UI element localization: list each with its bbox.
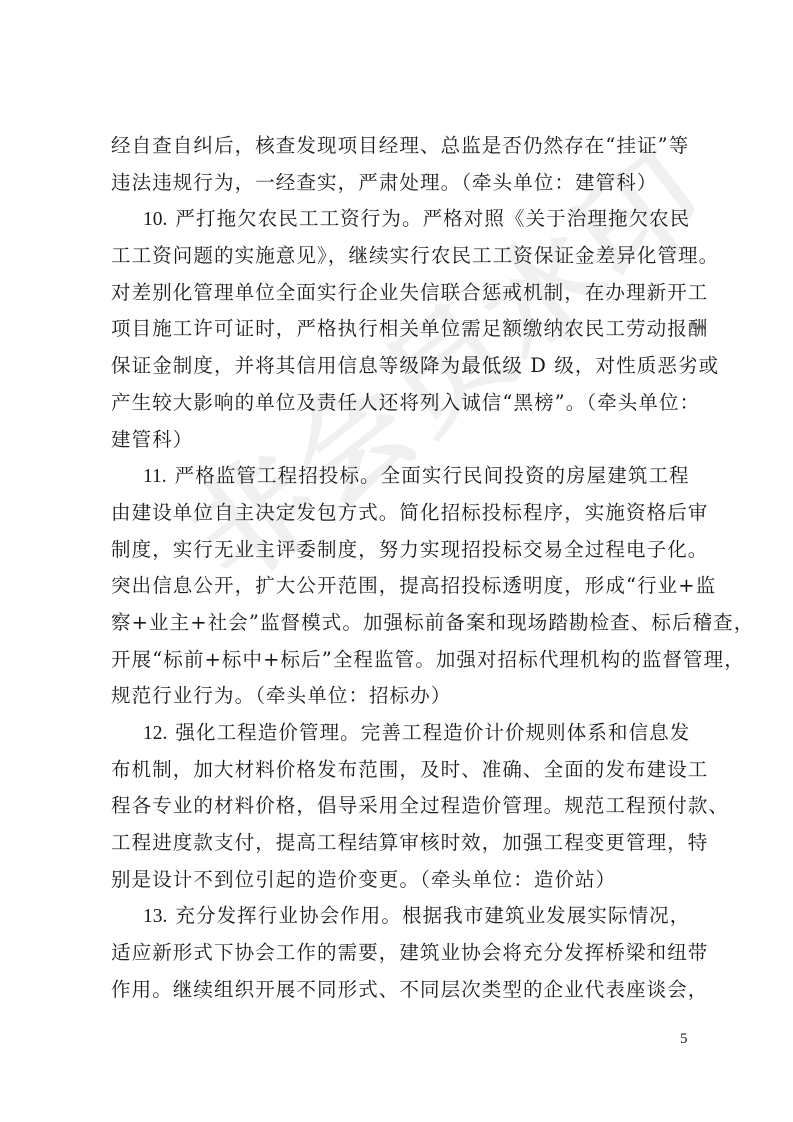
paragraph-start-12: 12.强化工程造价管理。完善工程造价计价规则体系和信息发 <box>103 715 693 752</box>
line-text: 程各专业的材料价格，倡导采用全过程造价管理。规范工程预付款、 <box>111 794 729 817</box>
document-page: 非会员水印 经自查自纠后，核查发现项目经理、总监是否仍然存在“挂证”等 违法违规… <box>0 0 793 1122</box>
text-line: 开展“标前+标中+标后”全程监管。加强对招标代理机构的监督管理， <box>103 642 693 679</box>
text-line: 突出信息公开，扩大公开范围，提高招投标透明度，形成“行业+监 <box>103 568 693 605</box>
text-line: 违法违规行为，一经查实，严肃处理。（牵头单位：建管科） <box>103 165 693 202</box>
text-line: 工程进度款支付，提高工程结算审核时效，加强工程变更管理，特 <box>103 825 693 862</box>
text-line: 制度，实行无业主评委制度，努力实现招投标交易全过程电子化。 <box>103 532 693 569</box>
line-text: 强化工程造价管理。完善工程造价计价规则体系和信息发 <box>175 721 690 744</box>
document-body: 经自查自纠后，核查发现项目经理、总监是否仍然存在“挂证”等 违法违规行为，一经查… <box>103 128 693 1009</box>
text-line: 适应新形式下协会工作的需要，建筑业协会将充分发挥桥梁和纽带 <box>103 935 693 972</box>
text-line: 程各专业的材料价格，倡导采用全过程造价管理。规范工程预付款、 <box>103 788 693 825</box>
text-line: 保证金制度，并将其信用信息等级降为最低级 D 级，对性质恶劣或 <box>103 348 693 385</box>
line-text: 建管科） <box>111 428 193 451</box>
line-text: 工工资问题的实施意见》，继续实行农民工工资保证金差异化管理。 <box>111 244 719 267</box>
text-line: 经自查自纠后，核查发现项目经理、总监是否仍然存在“挂证”等 <box>103 128 693 165</box>
text-line: 产生较大影响的单位及责任人还将列入诚信“黑榜”。（牵头单位： <box>103 385 693 422</box>
line-text: 别是设计不到位引起的造价变更。（牵头单位：造价站） <box>111 868 616 891</box>
line-text: 开展“标前+标中+标后”全程监管。加强对招标代理机构的监督管理， <box>111 648 745 671</box>
paragraph-start-10: 10.严打拖欠农民工工资行为。严格对照《关于治理拖欠农民 <box>103 201 693 238</box>
line-text: 严格监管工程招投标。全面实行民间投资的房屋建筑工程 <box>175 464 690 487</box>
line-text: 制度，实行无业主评委制度，努力实现招投标交易全过程电子化。 <box>111 538 708 561</box>
page-number: 5 <box>680 1031 688 1048</box>
line-text: 作用。继续组织开展不同形式、不同层次类型的企业代表座谈会， <box>111 978 708 1001</box>
text-line: 规范行业行为。（牵头单位：招标办） <box>103 678 693 715</box>
text-line: 别是设计不到位引起的造价变更。（牵头单位：造价站） <box>103 862 693 899</box>
item-number: 12. <box>143 723 167 744</box>
line-text: 违法违规行为，一经查实，严肃处理。（牵头单位：建管科） <box>111 171 657 194</box>
item-number: 13. <box>143 906 167 927</box>
text-line: 工工资问题的实施意见》，继续实行农民工工资保证金差异化管理。 <box>103 238 693 275</box>
line-text: 经自查自纠后，核查发现项目经理、总监是否仍然存在“挂证”等 <box>111 134 689 157</box>
line-text: 保证金制度，并将其信用信息等级降为最低级 D 级，对性质恶劣或 <box>111 354 719 377</box>
line-text: 规范行业行为。（牵头单位：招标办） <box>111 684 451 707</box>
text-line: 对差别化管理单位全面实行企业失信联合惩戒机制，在办理新开工 <box>103 275 693 312</box>
line-text: 产生较大影响的单位及责任人还将列入诚信“黑榜”。（牵头单位： <box>111 391 700 414</box>
line-text: 突出信息公开，扩大公开范围，提高招投标透明度，形成“行业+监 <box>111 574 716 597</box>
line-text: 布机制，加大材料价格发布范围，及时、准确、全面的发布建设工 <box>111 758 708 781</box>
line-text: 由建设单位自主决定发包方式。简化招标投标程序，实施资格后审 <box>111 501 708 524</box>
text-line: 项目施工许可证时，严格执行相关单位需足额缴纳农民工劳动报酬 <box>103 311 693 348</box>
line-text: 项目施工许可证时，严格执行相关单位需足额缴纳农民工劳动报酬 <box>111 317 708 340</box>
text-line: 建管科） <box>103 422 693 459</box>
paragraph-start-13: 13.充分发挥行业协会作用。根据我市建筑业发展实际情况， <box>103 898 693 935</box>
line-text: 适应新形式下协会工作的需要，建筑业协会将充分发挥桥梁和纽带 <box>111 941 708 964</box>
line-text: 察+业主+社会”监督模式。加强标前备案和现场踏勘检查、标后稽查， <box>111 611 754 634</box>
line-text: 对差别化管理单位全面实行企业失信联合惩戒机制，在办理新开工 <box>111 281 708 304</box>
line-text: 严打拖欠农民工工资行为。严格对照《关于治理拖欠农民 <box>175 207 690 230</box>
line-text: 工程进度款支付，提高工程结算审核时效，加强工程变更管理，特 <box>111 831 708 854</box>
item-number: 11. <box>143 466 167 487</box>
line-text: 充分发挥行业协会作用。根据我市建筑业发展实际情况， <box>175 904 690 927</box>
item-number: 10. <box>143 209 167 230</box>
text-line: 察+业主+社会”监督模式。加强标前备案和现场踏勘检查、标后稽查， <box>103 605 693 642</box>
text-line: 布机制，加大材料价格发布范围，及时、准确、全面的发布建设工 <box>103 752 693 789</box>
text-line: 作用。继续组织开展不同形式、不同层次类型的企业代表座谈会， <box>103 972 693 1009</box>
paragraph-start-11: 11.严格监管工程招投标。全面实行民间投资的房屋建筑工程 <box>103 458 693 495</box>
text-line: 由建设单位自主决定发包方式。简化招标投标程序，实施资格后审 <box>103 495 693 532</box>
